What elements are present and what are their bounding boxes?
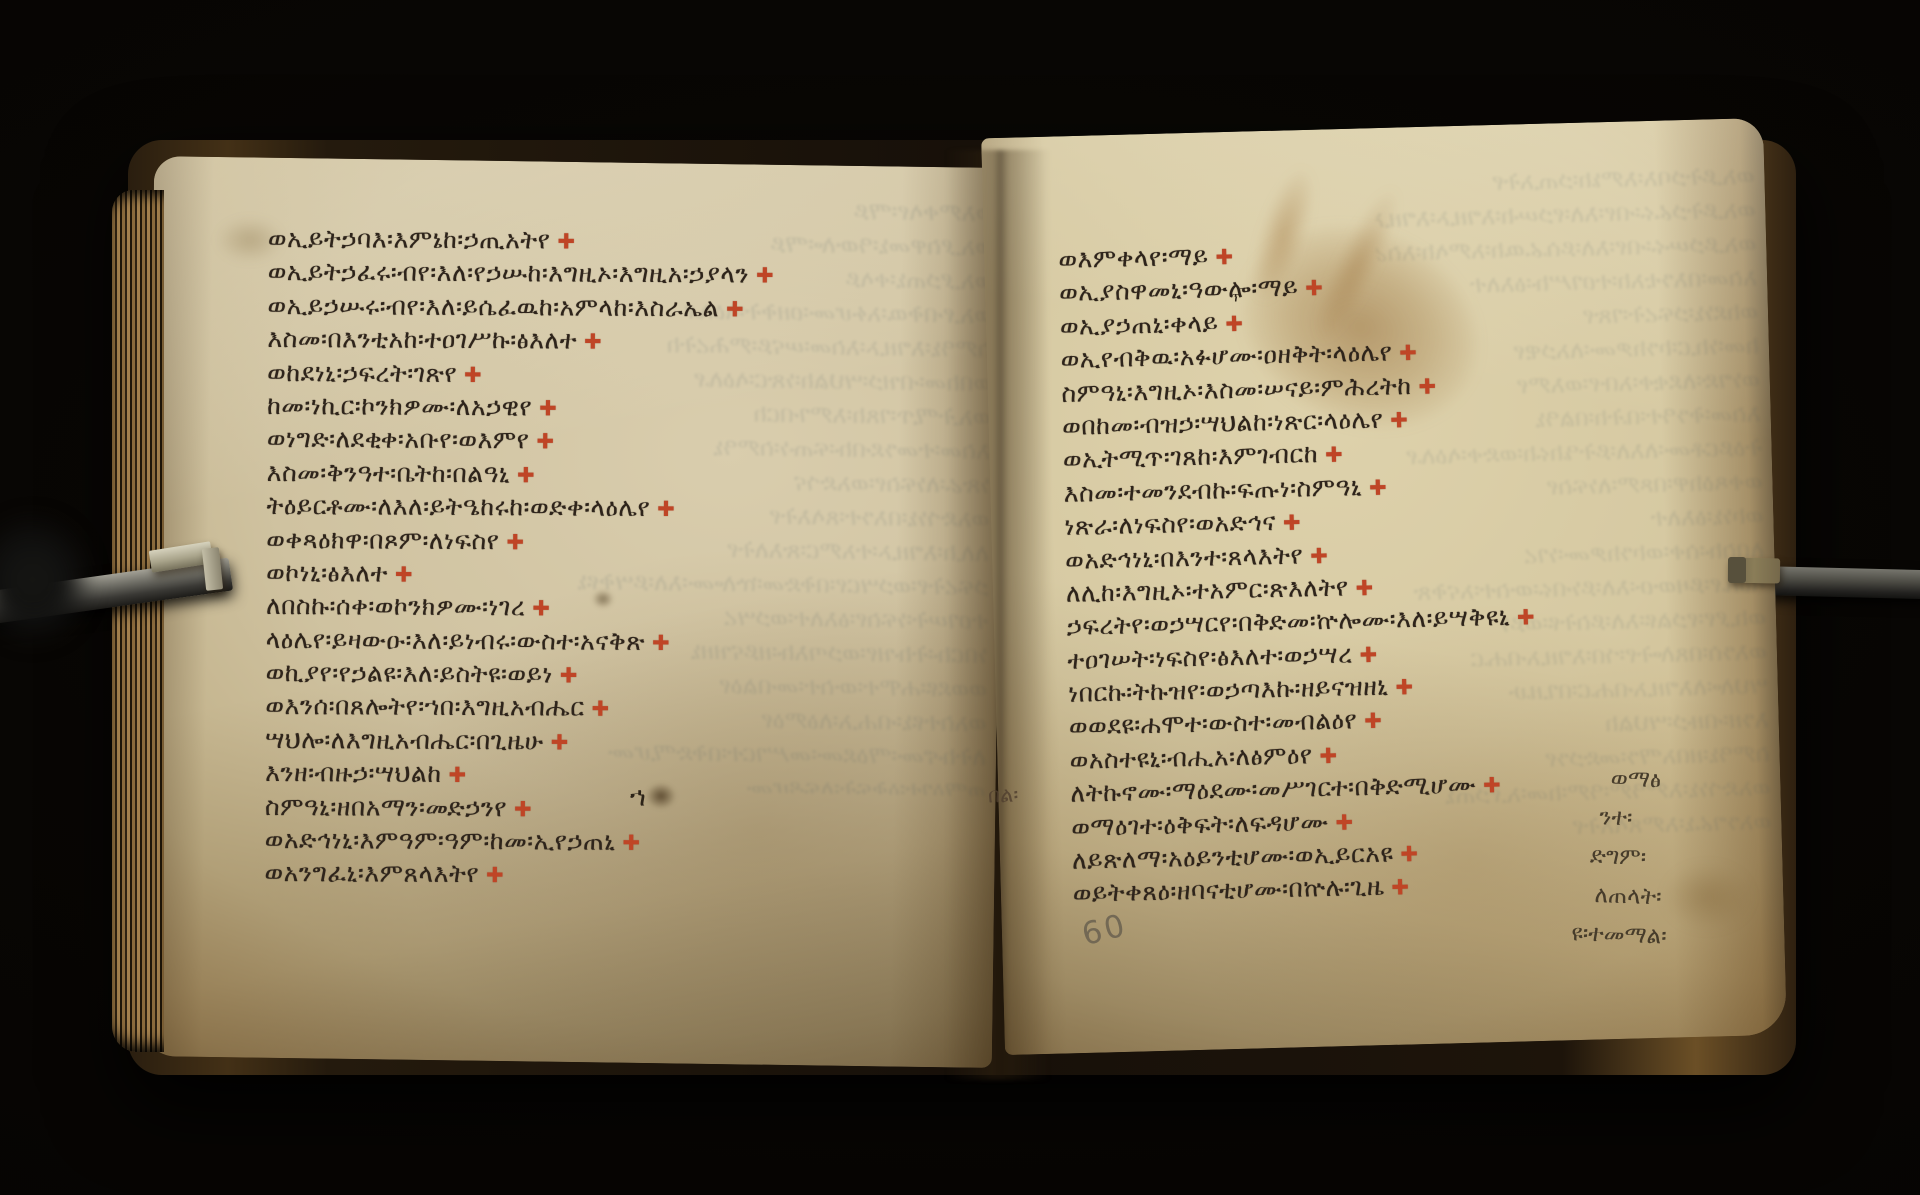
- red-verse-separator: ✚: [1369, 475, 1388, 499]
- red-verse-separator: ✚: [551, 730, 569, 754]
- text-line: ስምዓኒ፡ዘበአማን፡መድኃንየ✚: [265, 790, 772, 826]
- red-verse-separator: ✚: [1399, 341, 1418, 365]
- red-verse-separator: ✚: [1225, 312, 1244, 336]
- red-verse-separator: ✚: [592, 697, 610, 721]
- red-verse-separator: ✚: [557, 230, 575, 254]
- red-verse-separator: ✚: [584, 330, 602, 354]
- red-verse-separator: ✚: [657, 497, 675, 521]
- right-margin-note: ወማፅንተ፡ድግም፡ለጠላት፡ዩ፡ተመማል፡: [1571, 758, 1673, 956]
- red-verse-separator: ✚: [1391, 876, 1410, 900]
- red-verse-separator: ✚: [464, 363, 482, 387]
- right-page-text: ወእምቀላየ፡ማይ✚ወኢያስዋመኒ፡ዓውሎ፡ማይ✚ወኢያኃጠኒ፡ቀላይ✚ወኢየብ…: [1058, 232, 1542, 910]
- text-line: ወአንግፈኒ፡እምጸላእትየ✚: [265, 856, 772, 892]
- text-line: ወቀጻዕክዋ፡በጾም፡ለነፍስየ✚: [266, 523, 773, 559]
- text-line: ከመ፡ነኪር፡ኮንክዎሙ፡ለአኃዊየ✚: [267, 389, 774, 425]
- margin-note-line: ዩ፡ተመማል፡: [1571, 914, 1668, 956]
- red-verse-separator: ✚: [1325, 443, 1344, 467]
- text-line: ወኢይኃሡሩ፡ብየ፡እለ፡ይሴፈዉከ፡አምላከ፡እስራኤል✚: [267, 289, 774, 325]
- text-line: ሣህሎ፡ለእግዚአብሔር፡በጊዜሁ✚: [265, 723, 772, 759]
- text-line: ወኢይትኃባእ፡እምኔከ፡ኃጢአትየ✚: [268, 222, 775, 258]
- text-line: ወአድኅነኒ፡እምዓም፡ዓም፡ከመ፡ኢየኃጠኒ✚: [265, 823, 772, 859]
- manuscript-photo: ወእምቀላየ፡ማይወኢያስዋመኒ፡ዓውሎ፡ማይወኢያኃጠኒ፡ቀላይወኢየብቅዉ፡…: [0, 0, 1920, 1195]
- red-verse-separator: ✚: [622, 831, 640, 855]
- red-verse-separator: ✚: [1283, 511, 1302, 535]
- text-line: እንዘ፡ብዙኃ፡ሣህልከ✚: [265, 756, 772, 792]
- red-verse-separator: ✚: [514, 797, 532, 821]
- red-verse-separator: ✚: [395, 563, 413, 587]
- red-verse-separator: ✚: [1359, 643, 1378, 667]
- margin-note-line: ንተ፡: [1575, 797, 1672, 839]
- text-line: ወኢይትኃፈሩ፡ብየ፡እለ፡የኃሡከ፡እግዚኦ፡እግዚአ፡ኃያላን✚: [268, 255, 775, 291]
- red-verse-separator: ✚: [486, 864, 504, 888]
- text-line: ትዕይርቶሙ፡ለእለ፡ይትዔከሩከ፡ወድቀ፡ላዕሌየ✚: [266, 489, 773, 525]
- text-line: ወእንሰ፡በጸሎትየ፡ኀበ፡እግዚአብሔር✚: [265, 689, 772, 725]
- red-verse-separator: ✚: [1390, 408, 1409, 432]
- red-verse-separator: ✚: [1395, 675, 1414, 699]
- red-verse-separator: ✚: [726, 297, 744, 321]
- red-verse-separator: ✚: [1355, 576, 1374, 600]
- red-verse-separator: ✚: [756, 264, 774, 288]
- page-holder-clip-right-end: [1728, 557, 1746, 583]
- red-verse-separator: ✚: [1319, 744, 1338, 768]
- red-verse-separator: ✚: [1400, 842, 1419, 866]
- text-line: ወኪያየ፡የኃልዩ፡እለ፡ይስትዩ፡ወይነ✚: [266, 656, 773, 692]
- red-verse-separator: ✚: [517, 463, 535, 487]
- page-edges-left: [112, 190, 164, 1052]
- red-verse-separator: ✚: [448, 763, 466, 787]
- red-verse-separator: ✚: [560, 664, 578, 688]
- margin-note-line: ድግም፡: [1573, 836, 1670, 878]
- text-line: ላዕሌየ፡ይዛውዑ፡እለ፡ይነብሩ፡ውስተ፡አናቅጽ✚: [266, 623, 773, 659]
- red-verse-separator: ✚: [1418, 374, 1437, 398]
- interlinear-correction-right: ጥ: [1230, 288, 1241, 306]
- red-verse-separator: ✚: [506, 530, 524, 554]
- text-line: ወኮነኒ፡ፅእለተ✚: [266, 556, 773, 592]
- text-line: ለበስኩ፡ሰቀ፡ወኮንክዎሙ፡ነገረ✚: [266, 589, 773, 625]
- red-verse-separator: ✚: [532, 597, 550, 621]
- text-line: ወነግድ፡ለደቂቀ፡አቡየ፡ወእምየ✚: [267, 422, 774, 458]
- text-line: እስመ፡በእንቲአከ፡ተዐገሥኩ፡ፅእለተ✚: [267, 322, 774, 358]
- left-page-text: ወኢይትኃባእ፡እምኔከ፡ኃጢአትየ✚ወኢይትኃፈሩ፡ብየ፡እለ፡የኃሡከ፡እግ…: [265, 222, 775, 892]
- red-verse-separator: ✚: [539, 396, 557, 420]
- red-verse-separator: ✚: [1310, 543, 1329, 567]
- text-line: እስመ፡ቅንዓተ፡ቤትከ፡በልዓኒ✚: [267, 456, 774, 492]
- text-line: ወከደነኒ፡ኃፍረት፡ገጽየ✚: [267, 356, 774, 392]
- red-verse-separator: ✚: [536, 430, 554, 454]
- red-verse-separator: ✚: [1215, 245, 1234, 269]
- interlinear-correction-left: ኀ: [629, 781, 647, 814]
- page-holder-handle-left: [0, 512, 95, 647]
- left-margin-note: በል፡: [988, 782, 1019, 808]
- red-verse-separator: ✚: [1364, 709, 1383, 733]
- margin-note-line: ወማፅ: [1576, 758, 1673, 800]
- red-verse-separator: ✚: [1335, 810, 1354, 834]
- red-verse-separator: ✚: [1305, 276, 1324, 300]
- red-verse-separator: ✚: [1483, 773, 1502, 797]
- red-verse-separator: ✚: [652, 631, 670, 655]
- red-verse-separator: ✚: [1517, 606, 1536, 630]
- margin-note-line: ለጠላት፡: [1572, 875, 1669, 917]
